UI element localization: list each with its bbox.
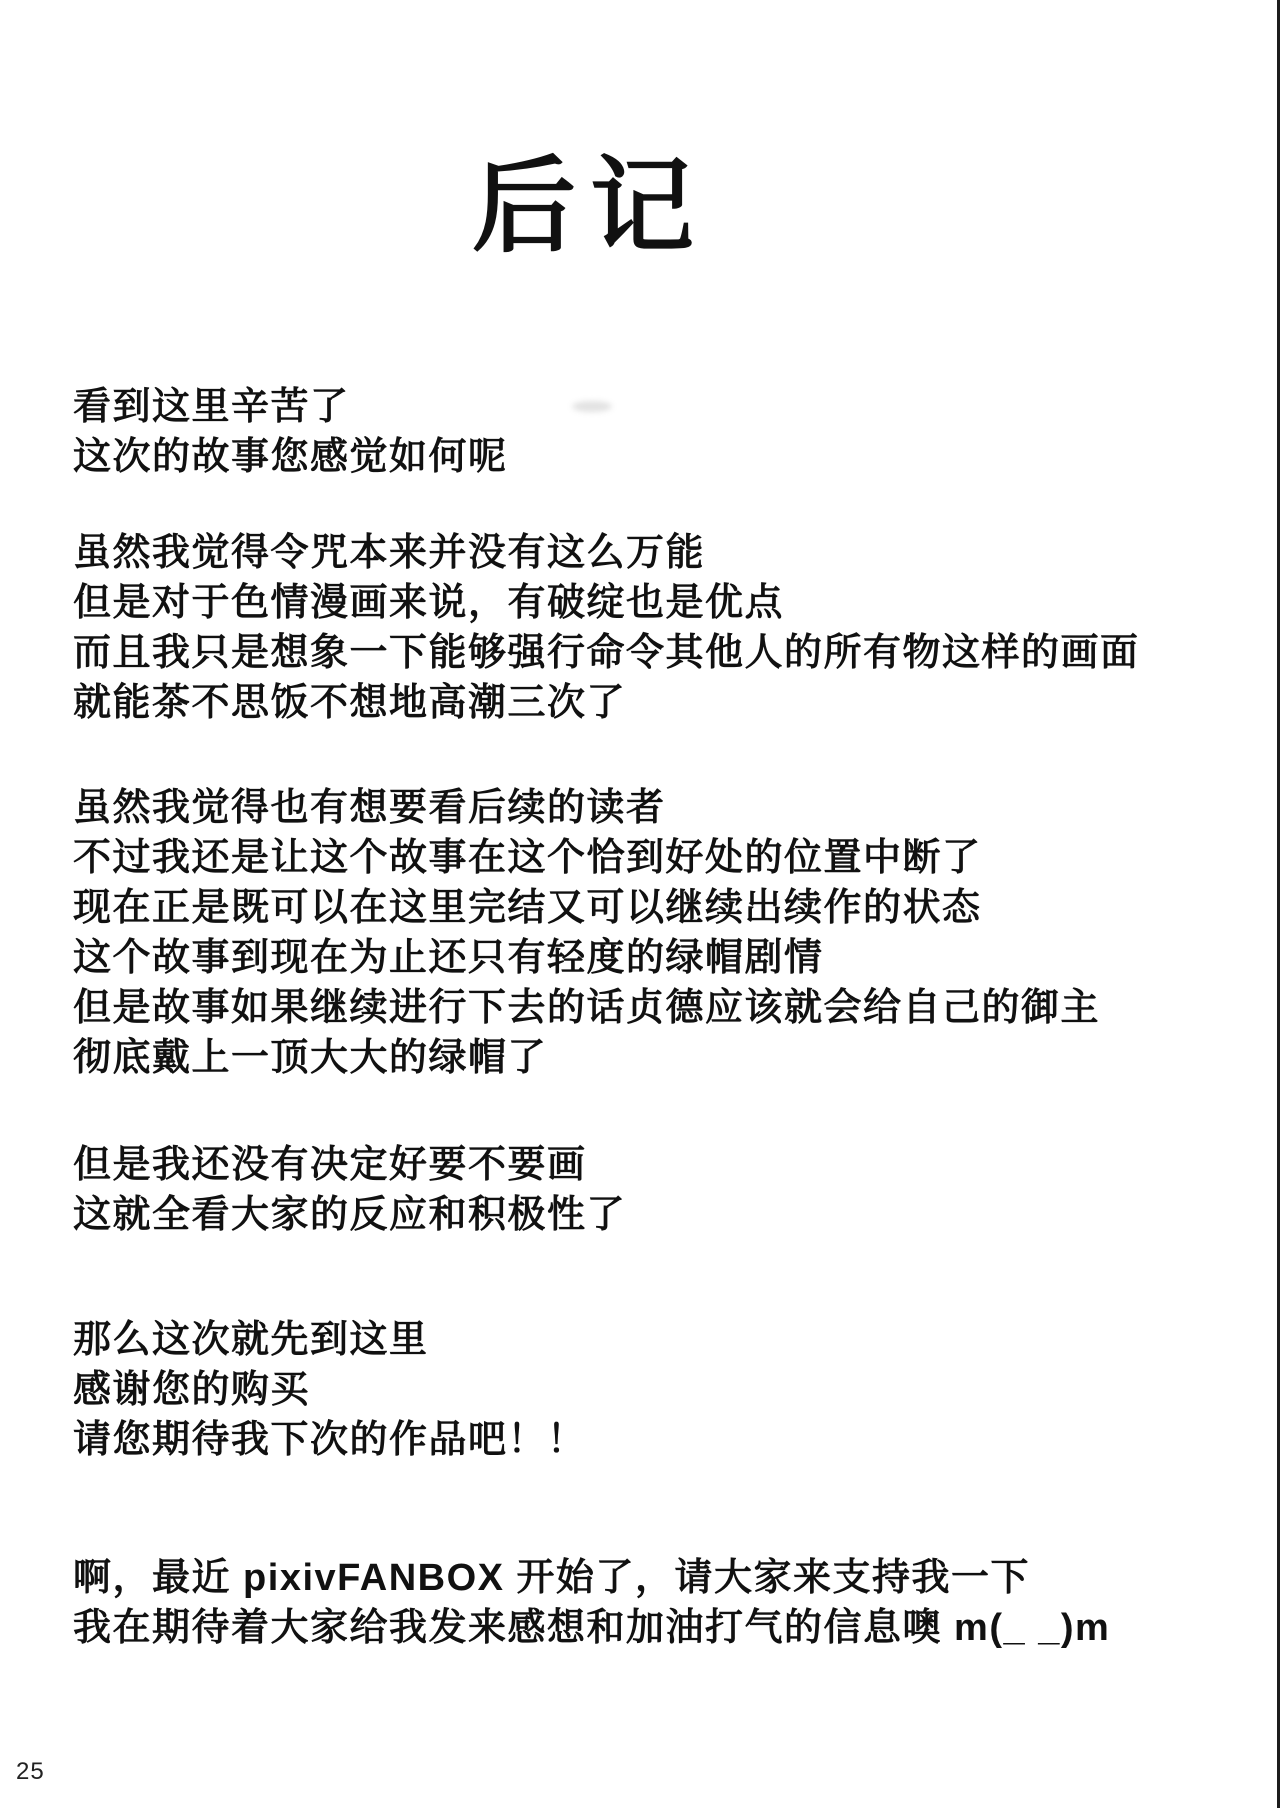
paragraph-command-seal: 虽然我觉得令咒本来并没有这么万能 但是对于色情漫画来说，有破绽也是优点 而且我只… [73,528,1140,728]
text-line: 虽然我觉得令咒本来并没有这么万能 [73,528,1140,578]
text-line: 看到这里辛苦了 [73,382,1140,432]
paragraph-thanks: 那么这次就先到这里 感谢您的购买 请您期待我下次的作品吧！！ [73,1315,1140,1465]
paragraph-greeting: 看到这里辛苦了 这次的故事您感觉如何呢 [73,382,1140,482]
paragraph-fanbox: 啊，最近 pixivFANBOX 开始了，请大家来支持我一下 我在期待着大家给我… [73,1553,1140,1653]
paragraph-undecided: 但是我还没有决定好要不要画 这就全看大家的反应和积极性了 [73,1140,1140,1240]
text-line: 感谢您的购买 [73,1365,1140,1415]
text-line: 那么这次就先到这里 [73,1315,1140,1365]
page-title: 后记 [472,150,708,264]
text-line: 这就全看大家的反应和积极性了 [73,1190,1140,1240]
text-line: 这个故事到现在为止还只有轻度的绿帽剧情 [73,933,1140,983]
scanned-afterword-page: 后记 看到这里辛苦了 这次的故事您感觉如何呢 虽然我觉得令咒本来并没有这么万能 … [0,0,1280,1808]
text-line: 但是我还没有决定好要不要画 [73,1140,1140,1190]
text-line: 彻底戴上一顶大大的绿帽了 [73,1033,1140,1083]
paragraph-story-ending: 虽然我觉得也有想要看后续的读者 不过我还是让这个故事在这个恰到好处的位置中断了 … [73,783,1140,1083]
text-line: 但是故事如果继续进行下去的话贞德应该就会给自己的御主 [73,983,1140,1033]
text-line: 而且我只是想象一下能够强行命令其他人的所有物这样的画面 [73,628,1140,678]
afterword-body: 看到这里辛苦了 这次的故事您感觉如何呢 虽然我觉得令咒本来并没有这么万能 但是对… [73,382,1140,1653]
text-line: 这次的故事您感觉如何呢 [73,432,1140,482]
text-line: 现在正是既可以在这里完结又可以继续出续作的状态 [73,883,1140,933]
text-line: 我在期待着大家给我发来感想和加油打气的信息噢 m(_ _)m [73,1603,1140,1653]
text-line: 不过我还是让这个故事在这个恰到好处的位置中断了 [73,833,1140,883]
text-line: 但是对于色情漫画来说，有破绽也是优点 [73,578,1140,628]
text-line: 虽然我觉得也有想要看后续的读者 [73,783,1140,833]
text-line: 请您期待我下次的作品吧！！ [73,1415,1140,1465]
text-line: 啊，最近 pixivFANBOX 开始了，请大家来支持我一下 [73,1553,1140,1603]
text-line: 就能茶不思饭不想地高潮三次了 [73,678,1140,728]
page-number: 25 [16,1758,45,1786]
